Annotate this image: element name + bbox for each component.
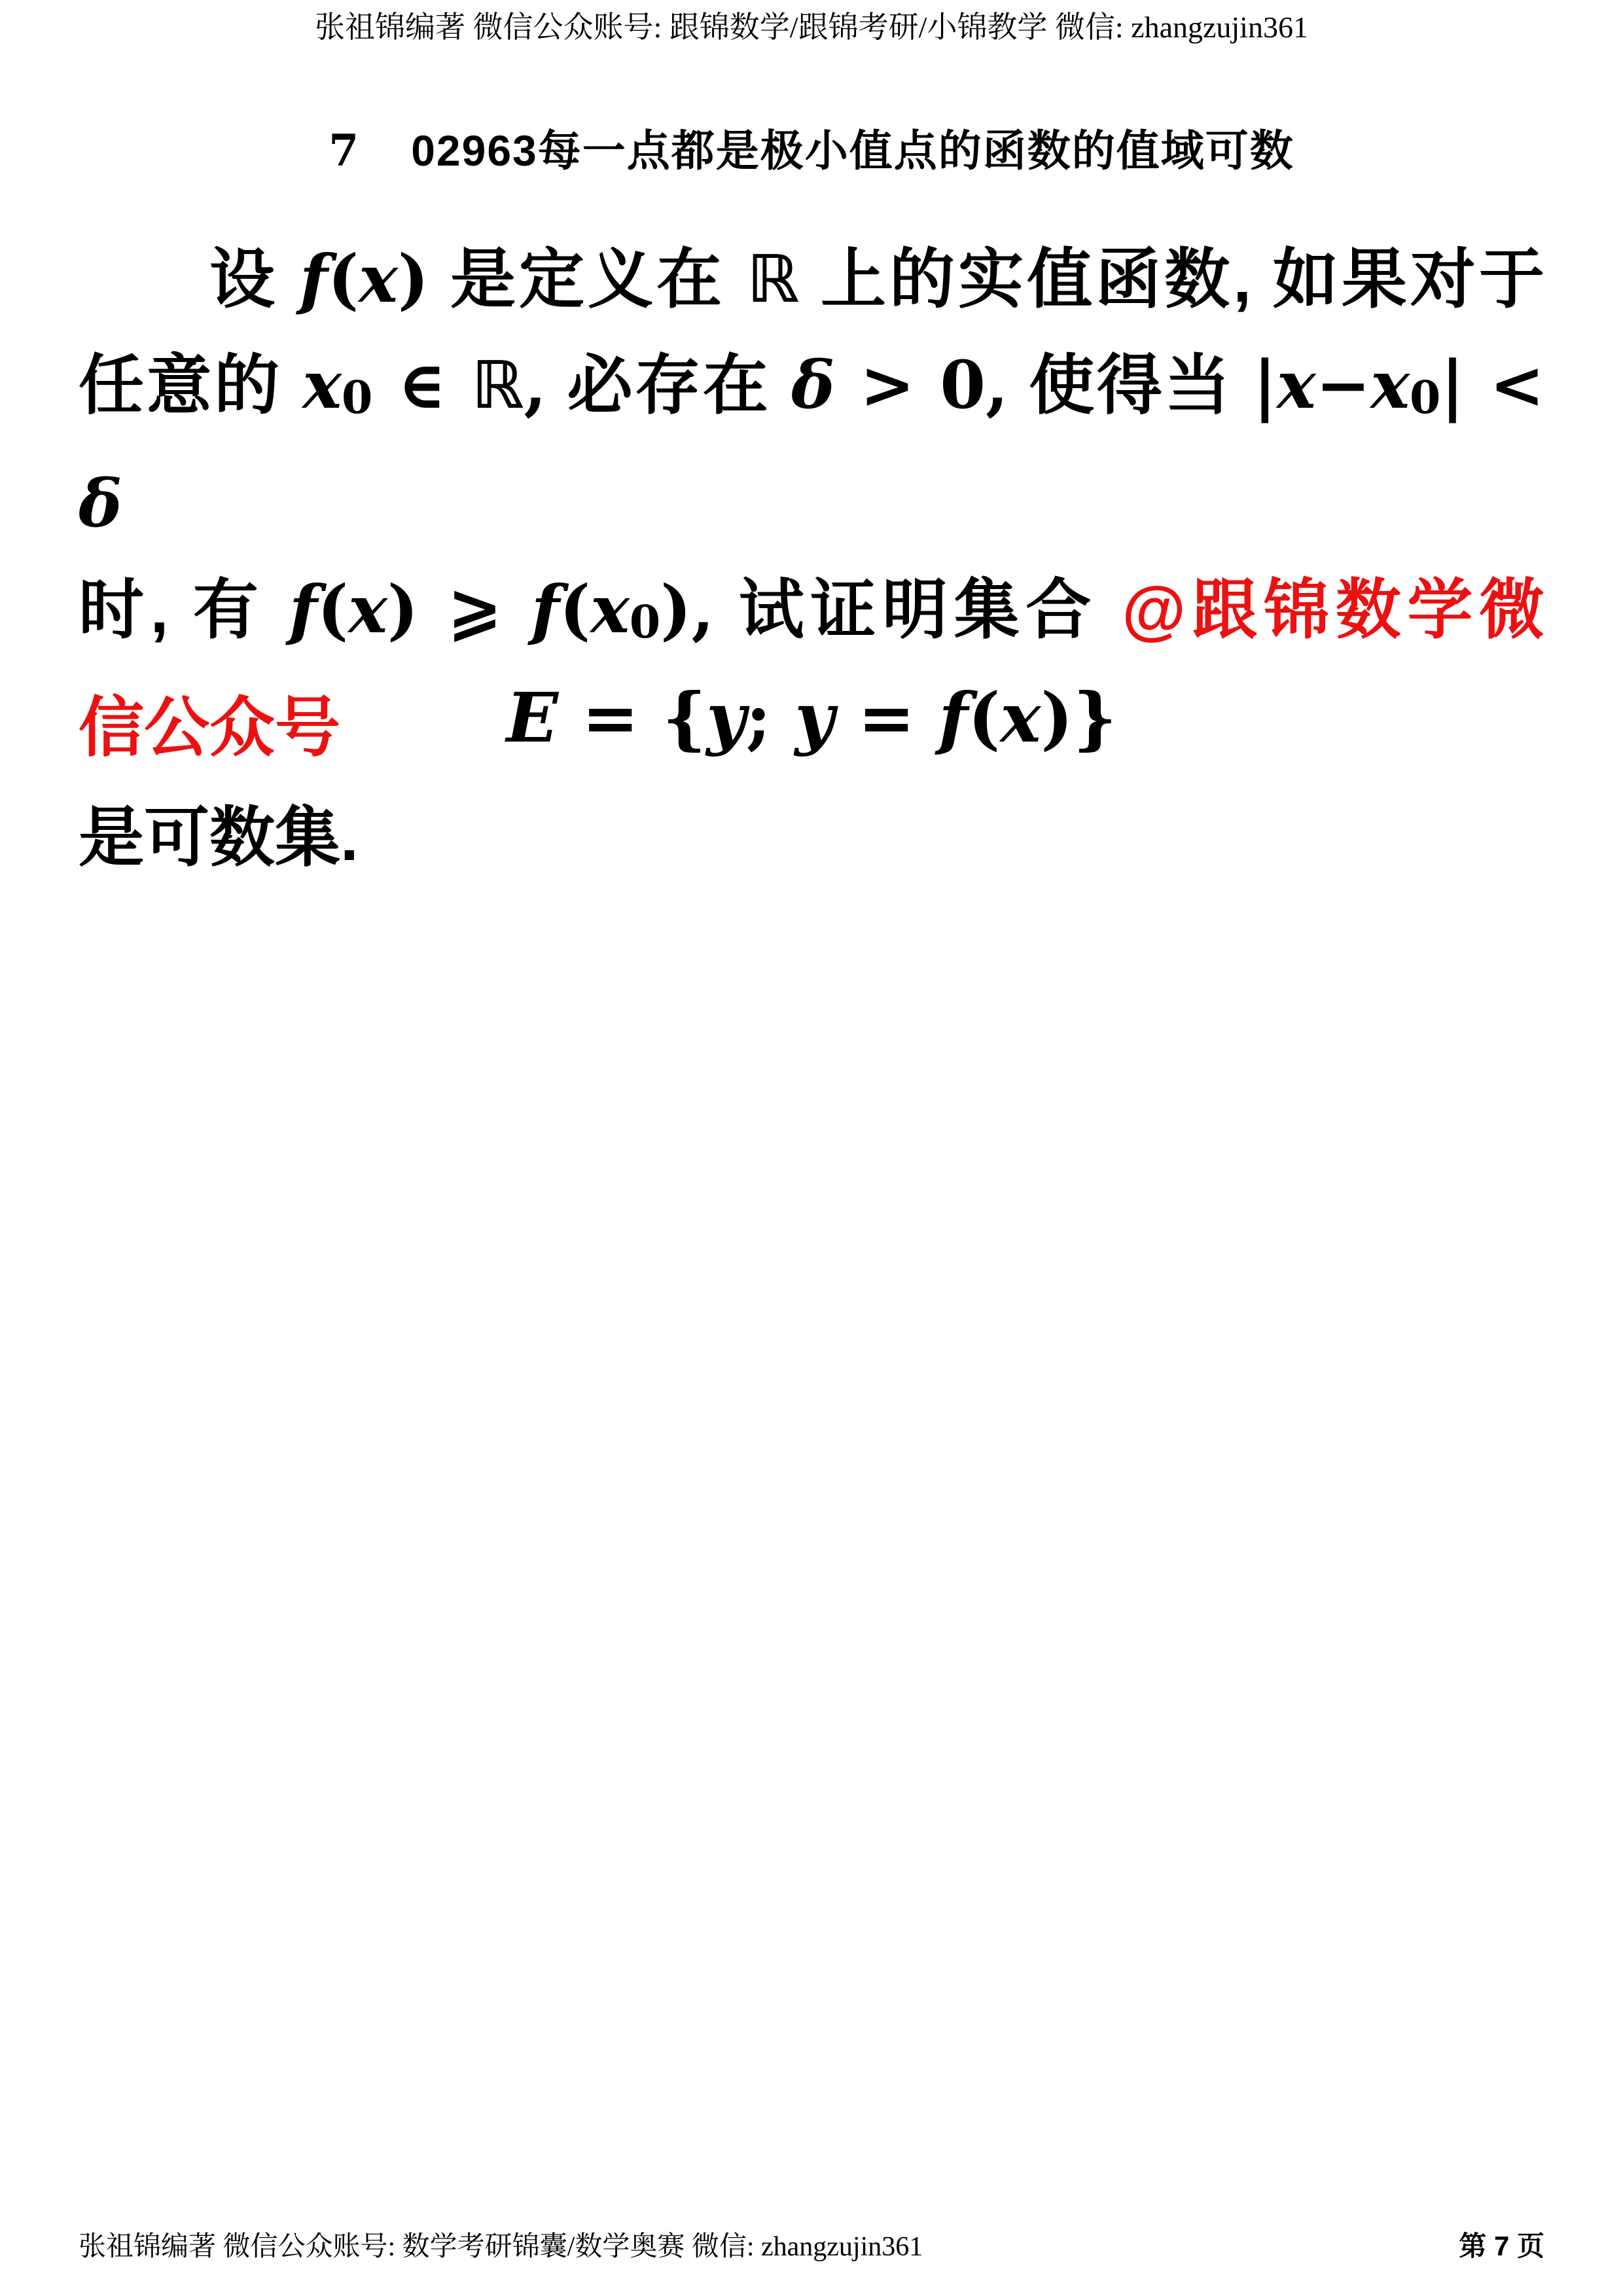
text-segment: ( bbox=[317, 571, 348, 648]
text-segment: x bbox=[1000, 677, 1041, 758]
text-segment: f bbox=[300, 240, 328, 317]
text-segment: ), bbox=[660, 571, 714, 648]
text-segment: 0 bbox=[342, 372, 372, 424]
page-number: 第 7 页 bbox=[1459, 2228, 1544, 2265]
text-segment: 是定义在 bbox=[429, 243, 747, 316]
page-header: 张祖锦编著 微信公众账号: 跟锦数学/跟锦考研/小锦教学 微信: zhangzu… bbox=[0, 8, 1623, 47]
document-page: 张祖锦编著 微信公众账号: 跟锦数学/跟锦考研/小锦教学 微信: zhangzu… bbox=[0, 0, 1623, 2296]
text-segment: ℝ bbox=[747, 241, 799, 317]
text-segment: ⩾ bbox=[448, 571, 503, 648]
text-segment: − bbox=[1316, 346, 1371, 423]
section-title-text: 02963每一点都是极小值点的函数的值域可数 bbox=[411, 126, 1294, 175]
display-formula: E = {y; y = f(x)} bbox=[0, 665, 1623, 772]
text-segment: x bbox=[348, 571, 387, 648]
text-segment: 使得当 bbox=[1008, 349, 1253, 422]
header-text: 张祖锦编著 微信公众账号: 跟锦数学/跟锦考研/小锦教学 微信: zhangzu… bbox=[315, 10, 1308, 44]
problem-line: 设 f(x) 是定义在 ℝ 上的实值函数, 如果对于 bbox=[79, 226, 1544, 332]
page-footer: 张祖锦编著 微信公众账号: 数学考研锦囊/数学奥赛 微信: zhangzujin… bbox=[79, 2228, 1544, 2265]
text-segment: ) bbox=[398, 240, 429, 317]
text-segment: x bbox=[1277, 346, 1316, 423]
text-segment: x bbox=[302, 346, 342, 423]
text-segment: f bbox=[289, 571, 317, 648]
section-number: 7 bbox=[329, 125, 359, 176]
text-segment: y bbox=[706, 677, 745, 758]
text-segment: x bbox=[590, 571, 630, 648]
text-segment: , bbox=[986, 346, 1008, 423]
text-segment: δ bbox=[791, 346, 835, 423]
text-segment: 任意的 bbox=[79, 349, 302, 422]
text-segment: y bbox=[794, 677, 834, 758]
text-segment: 设 bbox=[209, 243, 300, 316]
problem-line: 任意的 x0 ∈ ℝ, 必存在 δ > 0, 使得当 |x−x0| < δ bbox=[79, 332, 1544, 557]
text-segment: 上的实值函数, 如果对于 bbox=[799, 243, 1544, 316]
text-segment: = { bbox=[558, 677, 706, 758]
text-segment: f bbox=[938, 677, 968, 758]
problem-line: 时, 有 f(x) ⩾ f(x0), 试证明集合 @跟锦数学微 bbox=[79, 557, 1544, 675]
text-segment: , bbox=[524, 346, 546, 423]
text-segment: x bbox=[1370, 346, 1410, 423]
text-segment: ℝ bbox=[471, 347, 524, 423]
text-segment: | < bbox=[1440, 346, 1544, 423]
text-segment: > 0 bbox=[835, 346, 986, 423]
text-segment bbox=[502, 571, 531, 648]
text-segment: @跟锦数学微 bbox=[1122, 573, 1544, 647]
footer-text: 张祖锦编著 微信公众账号: 数学考研锦囊/数学奥赛 微信: zhangzujin… bbox=[79, 2229, 923, 2265]
text-segment: | bbox=[1253, 346, 1277, 423]
text-segment: ) bbox=[387, 571, 448, 648]
text-segment: f bbox=[531, 571, 560, 648]
text-segment: ( bbox=[968, 677, 1000, 758]
text-segment: 时, 有 bbox=[79, 573, 289, 647]
text-segment: ( bbox=[328, 240, 359, 317]
text-segment: x bbox=[359, 240, 398, 317]
text-segment: = bbox=[834, 677, 939, 758]
text-segment: 必存在 bbox=[546, 349, 791, 422]
section-title: 702963每一点都是极小值点的函数的值域可数 bbox=[0, 123, 1623, 179]
text-segment: ; bbox=[746, 677, 795, 758]
text-segment: 0 bbox=[1410, 372, 1440, 424]
closing-text: 是可数集. bbox=[79, 785, 1544, 891]
text-segment: )} bbox=[1041, 677, 1116, 758]
text-segment: ( bbox=[560, 571, 590, 648]
text-segment: 试证明集合 bbox=[714, 573, 1122, 647]
text-segment: δ bbox=[79, 465, 122, 542]
text-segment: E bbox=[507, 677, 558, 758]
text-segment: 0 bbox=[630, 596, 660, 649]
text-segment: ∈ bbox=[372, 346, 471, 423]
